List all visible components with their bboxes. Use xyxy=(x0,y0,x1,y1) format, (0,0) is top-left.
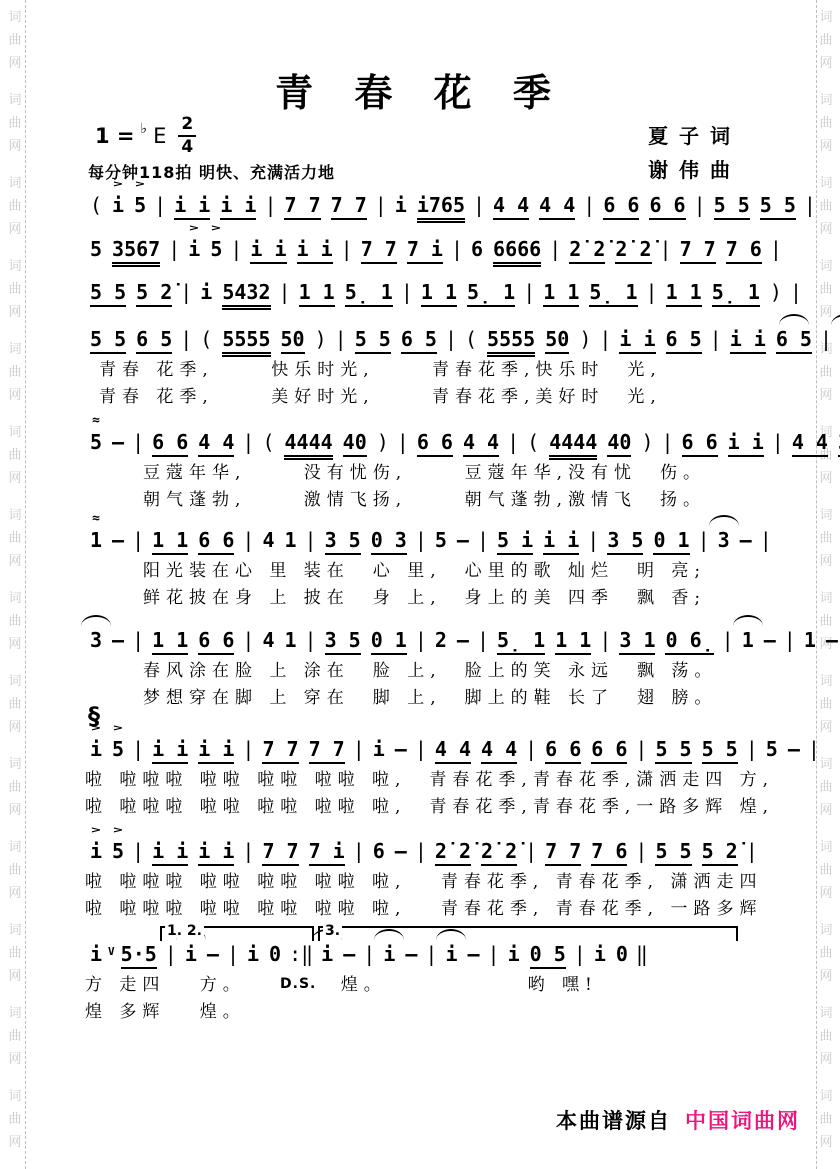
note-token: 6 5 xyxy=(136,326,172,354)
note-token: i i xyxy=(297,236,333,264)
note-token: | xyxy=(363,941,375,967)
watermark-column-left: 词曲网词曲网词曲网词曲网词曲网词曲网词曲网词曲网词曲网词曲网词曲网词曲网词曲网词… xyxy=(5,6,25,1168)
note-token: — xyxy=(112,627,124,653)
watermark-text: 词曲网 xyxy=(5,836,25,905)
note-token: — xyxy=(457,527,469,553)
note-token: 7 7 xyxy=(545,838,581,866)
note-token: 2̇ 2̇ xyxy=(569,236,605,264)
watermark-text: 词曲网 xyxy=(816,172,836,241)
note-token: i i xyxy=(728,429,764,457)
note-token: 6 5 xyxy=(666,326,702,354)
note-token: | xyxy=(230,236,242,262)
note-token: :‖ xyxy=(289,941,313,967)
note-token: 50 xyxy=(281,326,305,354)
mordent-icon: ≈ xyxy=(92,512,100,525)
lyricist-credit: 夏 子 词 xyxy=(648,120,732,149)
note-token: i xyxy=(445,941,457,967)
note-token: | xyxy=(770,236,782,262)
meter-denominator: 4 xyxy=(178,137,196,156)
site-name: 中国词曲网 xyxy=(685,1105,800,1135)
watermark-text: 词曲网 xyxy=(5,504,25,573)
note-token: i i xyxy=(220,192,256,220)
watermark-text: 词曲网 xyxy=(816,836,836,905)
note-token: 6 5 xyxy=(776,326,812,354)
tempo-marking: 每分钟118拍 明快、充满活力地 xyxy=(88,160,335,183)
slur-arc-icon xyxy=(779,314,809,325)
music-line-5: 5≈—|6 64 4|(444440)|6 64 4|(444440)|6 6i… xyxy=(85,429,750,513)
note-token: 6666 xyxy=(493,236,541,264)
note-token: 2 xyxy=(435,627,447,653)
note-token: 5 5 xyxy=(714,192,750,220)
note-token: 6 xyxy=(373,838,385,864)
note-token: i i xyxy=(619,326,655,354)
watermark-text: 词曲网 xyxy=(816,1002,836,1071)
note-token: 2̇ 2̇ xyxy=(481,838,517,866)
note-token: 4 4 xyxy=(539,192,575,220)
note-token: | xyxy=(698,527,710,553)
note-token: | xyxy=(242,627,254,653)
note-token: 6 6 xyxy=(591,736,627,764)
ds-marking: D.S. xyxy=(280,976,316,992)
note-token: 0 5 xyxy=(530,941,566,969)
note-token: 5 xyxy=(90,236,102,262)
song-title: 青 春 花 季 xyxy=(0,62,840,117)
note-token: 1≈ xyxy=(90,527,102,553)
notes-row: 5 56 5|(555550)|5 56 5|(555550)|i i6 5|i… xyxy=(85,326,750,356)
lyrics-row-1: 啦 啦啦啦 啦啦 啦啦 啦啦 啦, 青春花季,青春花季,潇洒走四 方, xyxy=(85,768,750,793)
note-token: | xyxy=(549,236,561,262)
note-token: 5 5 xyxy=(355,326,391,354)
note-token: 6 6 xyxy=(198,627,234,655)
note-token: | xyxy=(305,627,317,653)
volta-label: 1. 2. xyxy=(165,924,204,938)
left-dashed-border xyxy=(25,0,26,1169)
note-token: i i xyxy=(250,236,286,264)
note-token: | xyxy=(804,192,816,218)
note-token: i xyxy=(321,941,333,967)
lyrics-row-2: 鲜花披在身 上 披在 身 上, 身上的美 四季 飘 香; xyxy=(85,586,750,611)
note-token: — xyxy=(207,941,219,967)
music-line-6: 1≈—|1 16 6|41|3 50 3|5—|5 ii i|3 50 1|3—… xyxy=(85,527,750,611)
watermark-text: 词曲网 xyxy=(5,753,25,822)
watermark-text: 词曲网 xyxy=(5,338,25,407)
note-token: — xyxy=(112,527,124,553)
note-token: 7 i xyxy=(309,838,345,866)
note-token: | xyxy=(599,627,611,653)
note-token: 3 xyxy=(718,527,730,553)
slur-arc-icon xyxy=(81,615,111,626)
note-token: ( xyxy=(90,192,102,218)
note-token: | xyxy=(662,429,674,455)
time-signature: 2 4 xyxy=(178,116,196,156)
note-token: | xyxy=(335,326,347,352)
note-token: | xyxy=(415,627,427,653)
note-token: 5≈ xyxy=(90,429,102,455)
lyrics-row-1: 春风涂在脸 上 涂在 脸 上, 脸上的笑 永远 飘 荡。 xyxy=(85,659,750,684)
notes-row: 3—|1 16 6|41|3 50 1|2—|5̣ 11 1|3 10 6̣|1… xyxy=(85,627,750,657)
composer-credit: 谢 伟 曲 xyxy=(648,154,732,183)
note-token: i xyxy=(383,941,395,967)
note-token: | xyxy=(635,838,647,864)
note-token: | xyxy=(353,838,365,864)
note-token: 6 6 xyxy=(649,192,685,220)
music-line-2: 53567|i>5>|i ii i|7 77 i|66666|2̇ 2̇2̇ 2… xyxy=(85,236,750,266)
note-token: — xyxy=(740,527,752,553)
music-line-9: i>5>|i ii i|7 77 i|6—|2̇ 2̇2̇ 2̇|7 77 6|… xyxy=(85,838,750,922)
lyrics-row-2: 啦 啦啦啦 啦啦 啦啦 啦啦 啦, 青春花季,青春花季,一路多辉 煌, xyxy=(85,795,750,820)
music-line-4: 5 56 5|(555550)|5 56 5|(555550)|i i6 5|i… xyxy=(85,326,750,410)
music-line-7: 3—|1 16 6|41|3 50 1|2—|5̣ 11 1|3 10 6̣|1… xyxy=(85,627,750,711)
note-token: | xyxy=(710,326,722,352)
note-token: | xyxy=(477,627,489,653)
note-token: | xyxy=(353,736,365,762)
note-token: | xyxy=(790,279,802,305)
note-token: i> xyxy=(90,838,102,864)
note-token: — xyxy=(764,627,776,653)
note-token: | xyxy=(473,192,485,218)
note-token: i xyxy=(185,941,197,967)
note-token: | xyxy=(646,279,658,305)
note-token: 0 6̣ xyxy=(665,627,713,655)
note-token: | xyxy=(746,736,758,762)
accent-icon: > xyxy=(190,223,199,233)
note-token: | xyxy=(132,429,144,455)
music-line-8: i>5>|i ii i|7 77 7|i—|4 44 4|6 66 6|5 55… xyxy=(85,736,750,820)
note-token: 4 4 xyxy=(435,736,471,764)
note-token: 0 xyxy=(269,941,281,967)
volta-bracket-1-2: 1. 2. xyxy=(160,926,314,941)
volta-label: 3. xyxy=(323,924,342,938)
note-token: 5 2̇ xyxy=(136,279,172,307)
note-token: i xyxy=(200,279,212,305)
note-token: | xyxy=(523,279,535,305)
note-token: | xyxy=(583,192,595,218)
note-token: 5̣ 1 xyxy=(467,279,515,307)
notes-row: 53567|i>5>|i ii i|7 77 i|66666|2̇ 2̇2̇ 2… xyxy=(85,236,750,266)
note-token: ) xyxy=(377,429,389,455)
watermark-text: 词曲网 xyxy=(816,670,836,739)
note-token: 4 xyxy=(262,527,274,553)
note-token: 5 xyxy=(435,527,447,553)
note-token: i> xyxy=(112,192,124,218)
note-token: | xyxy=(375,192,387,218)
lyrics-row-1: 阳光装在心 里 装在 心 里, 心里的歌 灿烂 明 亮; xyxy=(85,559,750,584)
note-token: 5> xyxy=(134,192,146,218)
note-token: | xyxy=(746,838,758,864)
note-token: 40 xyxy=(607,429,631,457)
note-token: | xyxy=(820,326,832,352)
music-line-1: (i>5>|i ii i|7 77 7|ii765|4 44 4|6 66 6|… xyxy=(85,192,750,222)
note-token: 7 7 xyxy=(331,192,367,220)
note-token: i765 xyxy=(417,192,465,220)
note-token: 5432 xyxy=(222,279,270,307)
note-token: 5̣ 1 xyxy=(712,279,760,307)
note-token: 4 4 xyxy=(198,429,234,457)
watermark-text: 词曲网 xyxy=(5,1002,25,1071)
note-token: 4444 xyxy=(549,429,597,457)
watermark-text: 词曲网 xyxy=(816,1085,836,1154)
note-token: 5 2̇ xyxy=(702,838,738,866)
lyrics-row-1: 青春 花季, 快乐时光, 青春花季,快乐时 光, xyxy=(85,358,750,383)
note-token: 7 7 xyxy=(262,838,298,866)
note-token: 1 1 xyxy=(666,279,702,307)
watermark-text: 词曲网 xyxy=(5,421,25,490)
watermark-text: 词曲网 xyxy=(5,919,25,988)
note-token: 2̇ 2̇ xyxy=(615,236,651,264)
note-token: 7 7 xyxy=(309,736,345,764)
note-token: 1 xyxy=(742,627,754,653)
note-token: | xyxy=(132,736,144,762)
note-token: | xyxy=(599,326,611,352)
notes-row: iV5·5|i—|i0:‖i—|i—|i—|i0 5|i0‖ xyxy=(85,941,750,971)
note-token: | xyxy=(660,236,672,262)
note-token: 5> xyxy=(112,736,124,762)
note-token: | xyxy=(154,192,166,218)
note-token: 6 5 xyxy=(401,326,437,354)
watermark-text: 词曲网 xyxy=(5,670,25,739)
note-token: 4 4 xyxy=(493,192,529,220)
slur-arc-icon xyxy=(709,515,739,526)
lyrics-row-2: 啦 啦啦啦 啦啦 啦啦 啦啦 啦, 青春花季, 青春花季, 一路多辉 xyxy=(85,897,750,922)
note-token: 3 5 xyxy=(607,527,643,555)
note-token: | xyxy=(341,236,353,262)
music-line-10: iV5·5|i—|i0:‖i—|i—|i—|i0 5|i0‖ 方 走四 方。 煌… xyxy=(85,941,750,1025)
note-token: | xyxy=(227,941,239,967)
note-token: | xyxy=(242,527,254,553)
note-token: | xyxy=(784,627,796,653)
lyrics-row-1: 啦 啦啦啦 啦啦 啦啦 啦啦 啦, 青春花季, 青春花季, 潇洒走四 xyxy=(85,870,750,895)
note-token: | xyxy=(242,429,254,455)
note-token: i i xyxy=(543,527,579,555)
note-token: i i xyxy=(152,736,188,764)
note-token: | xyxy=(507,429,519,455)
note-token: 5 5 xyxy=(655,838,691,866)
note-token: | xyxy=(180,279,192,305)
lyrics-row-2: 朝气蓬勃, 激情飞扬, 朝气蓬勃,激情飞 扬。 xyxy=(85,488,750,513)
note-token: 50 xyxy=(545,326,569,354)
notes-row: 5≈—|6 64 4|(444440)|6 64 4|(444440)|6 6i… xyxy=(85,429,750,459)
note-token: i xyxy=(373,736,385,762)
note-token: i i xyxy=(198,838,234,866)
note-token: 3567 xyxy=(112,236,160,264)
note-token: 5555 xyxy=(487,326,535,354)
source-label: 本曲谱源自 xyxy=(556,1105,671,1135)
note-token: 5 5 xyxy=(655,736,691,764)
note-token: | xyxy=(425,941,437,967)
note-token: — xyxy=(395,838,407,864)
note-token: | xyxy=(264,192,276,218)
note-token: — xyxy=(468,941,480,967)
note-token: i xyxy=(594,941,606,967)
note-token: | xyxy=(165,941,177,967)
note-token: | xyxy=(445,326,457,352)
lyrics-row-2: 煌 多辉 煌。 xyxy=(85,1000,750,1025)
note-token: 4 4 xyxy=(481,736,517,764)
note-token: 1 1 xyxy=(152,527,188,555)
flat-icon: ♭ xyxy=(141,121,148,137)
note-token: 3 xyxy=(90,627,102,653)
note-token: ) xyxy=(641,429,653,455)
note-token: 6 6 xyxy=(417,429,453,457)
note-token: 1 xyxy=(284,527,296,553)
note-token: 3 5 xyxy=(325,627,361,655)
note-token: 4 4 xyxy=(792,429,828,457)
volta-bracket-3: 3. xyxy=(318,926,738,941)
note-token: 5̣ 1 xyxy=(589,279,637,307)
key-letter: E xyxy=(153,124,166,148)
segno-icon: § xyxy=(88,702,100,730)
note-token: 0 1 xyxy=(371,627,407,655)
note-token: 5 i xyxy=(497,527,533,555)
note-token: | xyxy=(415,527,427,553)
note-token: 6 6 xyxy=(545,736,581,764)
key-signature: 1 =♭E 2 4 xyxy=(95,116,196,156)
note-token: 4 4 xyxy=(463,429,499,457)
right-dashed-border xyxy=(816,0,817,1169)
accent-icon: > xyxy=(113,179,122,189)
note-token: 7 7 xyxy=(680,236,716,264)
note-token: | xyxy=(760,527,772,553)
note-token: | xyxy=(574,941,586,967)
note-token: 0 1 xyxy=(653,527,689,555)
note-token: ) xyxy=(579,326,591,352)
accent-icon: > xyxy=(212,223,221,233)
note-token: | xyxy=(415,838,427,864)
note-token: 1 1 xyxy=(299,279,335,307)
note-token: i xyxy=(508,941,520,967)
note-token: — xyxy=(405,941,417,967)
note-token: 7 7 xyxy=(361,236,397,264)
watermark-column-right: 词曲网词曲网词曲网词曲网词曲网词曲网词曲网词曲网词曲网词曲网词曲网词曲网词曲网词… xyxy=(816,6,836,1168)
watermark-text: 词曲网 xyxy=(5,587,25,656)
lyrics-row-2: 梦想穿在脚 上 穿在 脚 上, 脚上的鞋 长了 翅 膀。 xyxy=(85,686,750,711)
note-token: i xyxy=(395,192,407,218)
lyrics-row-1: 豆蔻年华, 没有忧伤, 豆蔻年华,没有忧 伤。 xyxy=(85,461,750,486)
note-token: 7 6 xyxy=(726,236,762,264)
notes-row: i>5>|i ii i|7 77 7|i—|4 44 4|6 66 6|5 55… xyxy=(85,736,750,766)
note-token: 5> xyxy=(210,236,222,262)
accent-icon: > xyxy=(135,179,144,189)
note-token: 6 6 xyxy=(198,527,234,555)
note-token: 1 1 xyxy=(543,279,579,307)
note-token: i i xyxy=(198,736,234,764)
note-token: i xyxy=(247,941,259,967)
notes-row: 5 55 2̇|i5432|1 15̣ 1|1 15̣ 1|1 15̣ 1|1 … xyxy=(85,279,750,309)
note-token: 7 i xyxy=(407,236,443,264)
music-line-3: 5 55 2̇|i5432|1 15̣ 1|1 15̣ 1|1 15̣ 1|1 … xyxy=(85,279,750,309)
note-token: 6 6 xyxy=(152,429,188,457)
note-token: ( xyxy=(465,326,477,352)
watermark-text: 词曲网 xyxy=(5,172,25,241)
note-token: | xyxy=(587,527,599,553)
note-token: 3 5 xyxy=(325,527,361,555)
note-token: ) xyxy=(770,279,782,305)
note-token: ( xyxy=(200,326,212,352)
note-token: — xyxy=(112,429,124,455)
note-token: i i xyxy=(730,326,766,354)
lyrics-row-2: 青春 花季, 美好时光, 青春花季,美好时 光, xyxy=(85,385,750,410)
note-token: 4 xyxy=(262,627,274,653)
meter-numerator: 2 xyxy=(178,116,196,137)
note-token: 5555 xyxy=(222,326,270,354)
note-token: 1 xyxy=(804,627,816,653)
note-token: | xyxy=(397,429,409,455)
note-token: | xyxy=(401,279,413,305)
note-token: 7 7 xyxy=(262,736,298,764)
note-token: 6 6 xyxy=(603,192,639,220)
note-token: — xyxy=(343,941,355,967)
note-token: 7 7 xyxy=(284,192,320,220)
note-token: ) xyxy=(315,326,327,352)
note-token: 3 1 xyxy=(619,627,655,655)
note-token: | xyxy=(451,236,463,262)
note-token: — xyxy=(788,736,800,762)
note-token: 1 1 xyxy=(555,627,591,655)
note-token: | xyxy=(242,736,254,762)
note-token: i xyxy=(90,941,102,967)
note-token: | xyxy=(635,736,647,762)
footer: 本曲谱源自 中国词曲网 xyxy=(556,1105,800,1135)
note-token: | xyxy=(488,941,500,967)
note-token: — xyxy=(457,627,469,653)
watermark-text: 词曲网 xyxy=(816,753,836,822)
note-token: i> xyxy=(188,236,200,262)
note-token: 1 xyxy=(284,627,296,653)
note-token: 5 5 xyxy=(90,326,126,354)
note-token: i i xyxy=(152,838,188,866)
note-token: | xyxy=(525,838,537,864)
note-token: 0 3 xyxy=(371,527,407,555)
watermark-text: 词曲网 xyxy=(5,1085,25,1154)
note-token: | xyxy=(132,627,144,653)
note-token: 5 xyxy=(766,736,778,762)
note-token: | xyxy=(477,527,489,553)
slur-arc-icon xyxy=(733,615,763,626)
note-token: 5̣ 1 xyxy=(497,627,545,655)
note-token: 6 6 xyxy=(682,429,718,457)
note-token: 2̇ 2̇ xyxy=(435,838,471,866)
note-token: 5 5 xyxy=(90,279,126,307)
note-token: 40 xyxy=(343,429,367,457)
note-token: 1 1 xyxy=(152,627,188,655)
watermark-text: 词曲网 xyxy=(816,504,836,573)
note-token: 1 1 xyxy=(421,279,457,307)
note-token: 7 6 xyxy=(591,838,627,866)
note-token: 6 xyxy=(471,236,483,262)
note-token: i i xyxy=(174,192,210,220)
note-token: | xyxy=(279,279,291,305)
note-token: | xyxy=(694,192,706,218)
notes-row: i>5>|i ii i|7 77 i|6—|2̇ 2̇2̇ 2̇|7 77 6|… xyxy=(85,838,750,868)
lyrics-row-1: 方 走四 方。 煌。 哟 嘿! xyxy=(85,973,750,998)
note-token: 5·5 xyxy=(121,941,157,969)
accent-icon: > xyxy=(113,723,122,733)
note-token: | xyxy=(132,527,144,553)
watermark-text: 词曲网 xyxy=(816,255,836,324)
note-token: ‖ xyxy=(636,941,648,967)
note-token: | xyxy=(180,326,192,352)
notes-row: (i>5>|i ii i|7 77 7|ii765|4 44 4|6 66 6|… xyxy=(85,192,750,222)
note-token: — xyxy=(826,627,838,653)
note-token: | xyxy=(168,236,180,262)
watermark-text: 词曲网 xyxy=(5,255,25,324)
note-token: | xyxy=(415,736,427,762)
note-token: ( xyxy=(527,429,539,455)
mordent-icon: ≈ xyxy=(92,414,100,427)
note-token: 4444 xyxy=(284,429,332,457)
accent-icon: > xyxy=(113,825,122,835)
note-token: 0 xyxy=(616,941,628,967)
